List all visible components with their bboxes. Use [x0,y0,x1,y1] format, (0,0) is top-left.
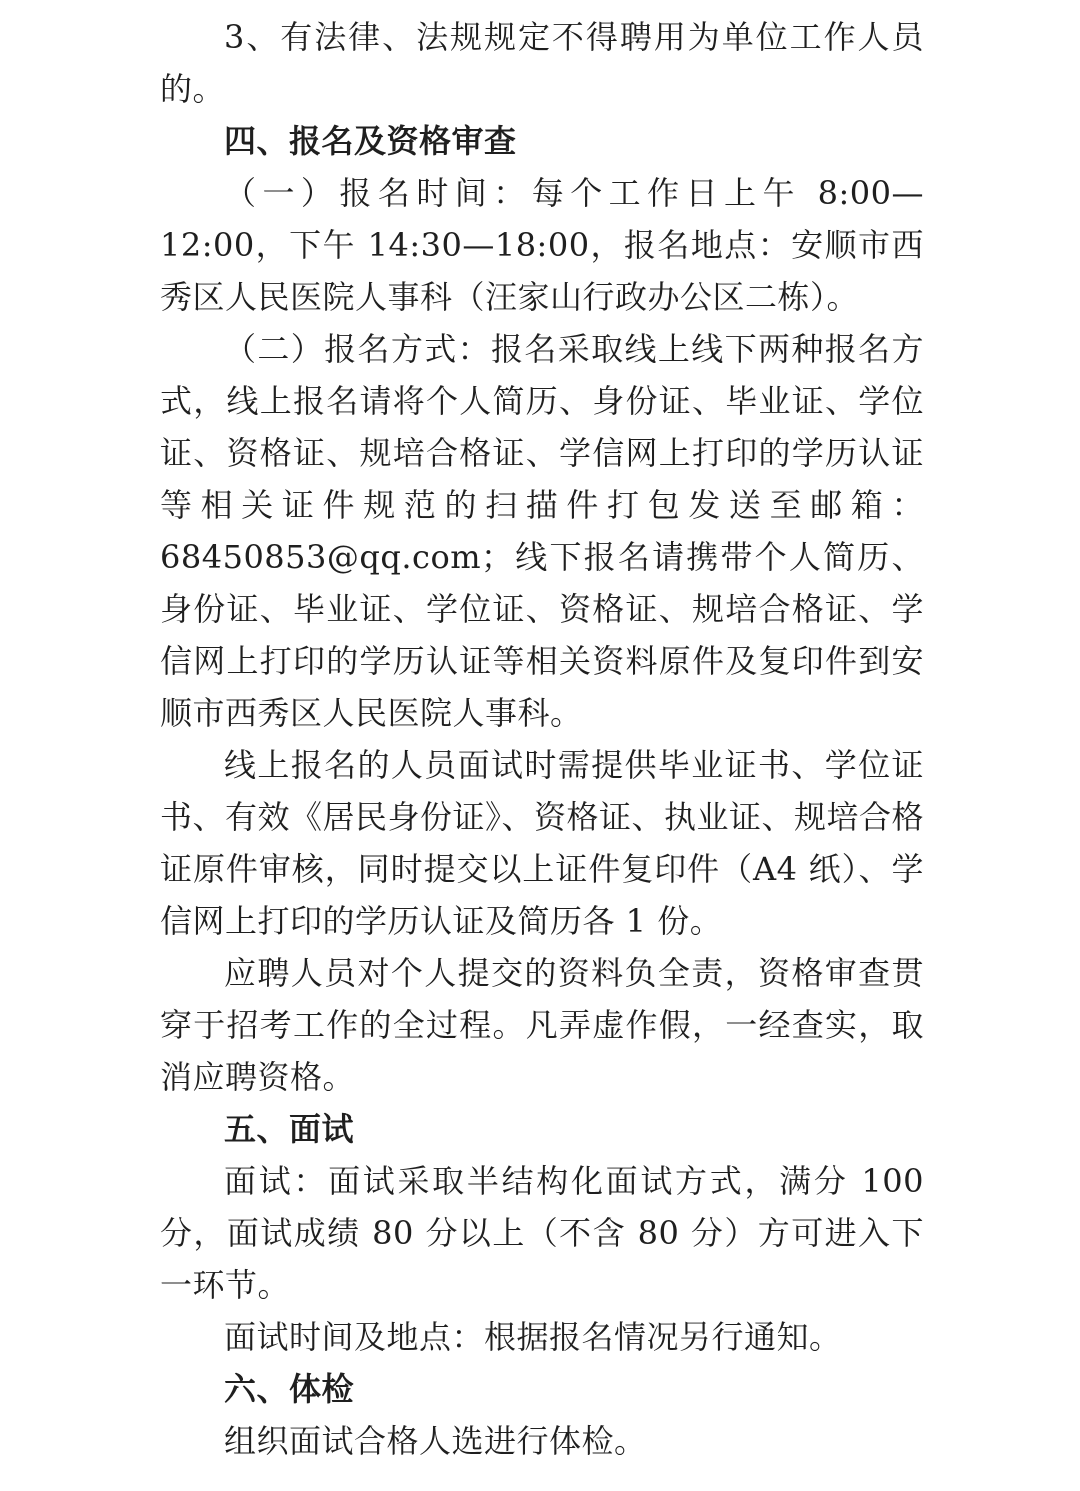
document-page: 3、有法律、法规规定不得聘用为单位工作人员的。 四、报名及资格审查 （一）报名时… [0,0,1080,1491]
paragraph-disqualification-item-3: 3、有法律、法规规定不得聘用为单位工作人员的。 [160,11,924,115]
heading-section-6-physical-exam: 六、体检 [160,1363,924,1415]
paragraph-interview-format: 面试：面试采取半结构化面试方式，满分 100 分，面试成绩 80 分以上（不含 … [160,1155,924,1311]
paragraph-interview-time-place: 面试时间及地点：根据报名情况另行通知。 [160,1311,924,1363]
paragraph-online-applicant-docs: 线上报名的人员面试时需提供毕业证书、学位证书、有效《居民身份证》、资格证、执业证… [160,739,924,947]
paragraph-responsibility-notice: 应聘人员对个人提交的资料负全责，资格审查贯穿于招考工作的全过程。凡弄虚作假，一经… [160,947,924,1103]
heading-section-4-registration: 四、报名及资格审查 [160,115,924,167]
paragraph-registration-method: （二）报名方式：报名采取线上线下两种报名方式，线上报名请将个人简历、身份证、毕业… [160,323,924,739]
paragraph-physical-exam: 组织面试合格人选进行体检。 [160,1415,924,1467]
paragraph-registration-time: （一）报名时间：每个工作日上午 8:00—12:00，下午 14:30—18:0… [160,167,924,323]
heading-section-5-interview: 五、面试 [160,1103,924,1155]
